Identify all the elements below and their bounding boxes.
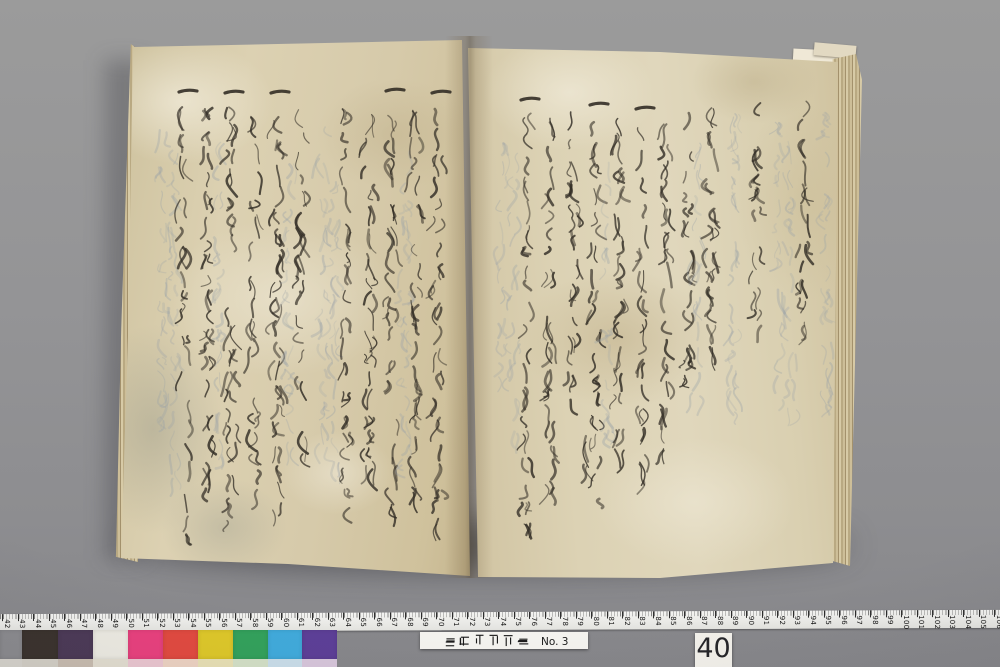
ruler-number: 93 xyxy=(793,616,800,626)
ruler-number: 69 xyxy=(421,617,428,627)
ruler-number: 57 xyxy=(235,618,242,628)
ruler-number: 97 xyxy=(855,615,862,625)
ruler-number: 103 xyxy=(948,615,955,629)
ruler-number: 106 xyxy=(994,615,1000,629)
ruler-number: 71 xyxy=(452,617,459,627)
ruler-number: 48 xyxy=(95,619,102,629)
color-patch-black xyxy=(22,630,58,659)
ruler-number: 84 xyxy=(653,616,660,626)
ruler-number: 89 xyxy=(731,616,738,626)
ruler-number: 83 xyxy=(638,616,645,626)
color-patch-tint-gray xyxy=(0,659,22,667)
ruler-number: 42 xyxy=(2,619,9,629)
ruler-number: 88 xyxy=(715,616,722,626)
ruler-number: 55 xyxy=(204,618,211,628)
ruler-number: 53 xyxy=(173,618,180,628)
ruler-number: 86 xyxy=(684,616,691,626)
ruler-number: 90 xyxy=(746,616,753,626)
ruler-number: 56 xyxy=(219,618,226,628)
ruler-number: 91 xyxy=(762,616,769,626)
left-page xyxy=(118,36,472,582)
right-page-paper xyxy=(460,38,852,584)
ruler-number: 58 xyxy=(250,618,257,628)
color-patch-tint-red xyxy=(163,659,198,667)
ruler-number: 66 xyxy=(374,618,381,628)
color-patch-yellow xyxy=(198,630,233,659)
ruler-number: 104 xyxy=(963,615,970,629)
ruler-number: 105 xyxy=(979,615,986,629)
color-patch-tint-yellow xyxy=(198,659,233,667)
ruler-number: 74 xyxy=(498,617,505,627)
color-patch-tint-dark-purple xyxy=(58,659,93,667)
ruler-number: 65 xyxy=(359,618,366,628)
color-patch-red xyxy=(163,630,198,659)
ruler-number: 64 xyxy=(343,618,350,628)
ruler-number: 47 xyxy=(80,619,87,629)
ruler-number: 70 xyxy=(436,617,443,627)
ruler-number: 79 xyxy=(576,617,583,627)
page-number: 40 xyxy=(695,633,732,665)
ruler-number: 44 xyxy=(33,619,40,629)
ruler-number: 46 xyxy=(64,619,71,629)
color-patch-gray xyxy=(0,630,22,659)
ruler-number: 67 xyxy=(390,617,397,627)
ruler-number: 92 xyxy=(777,616,784,626)
ruler-number: 82 xyxy=(622,616,629,626)
ruler-number: 43 xyxy=(18,619,25,629)
page-number-card: 40 xyxy=(695,633,732,667)
ruler-number: 81 xyxy=(607,617,614,627)
color-patch-tint-cyan xyxy=(268,659,302,667)
ruler-number: 51 xyxy=(142,619,149,629)
ruler-number: 61 xyxy=(297,618,304,628)
color-patch-tint-green xyxy=(233,659,268,667)
ruler-number: 101 xyxy=(917,615,924,629)
ruler-number: 72 xyxy=(467,617,474,627)
ruler-number: 78 xyxy=(560,617,567,627)
color-patch-cyan xyxy=(268,630,302,659)
ruler-number: 59 xyxy=(266,618,273,628)
color-patch-magenta xyxy=(128,630,163,659)
archival-photograph: 4243444546474849505152535455565758596061… xyxy=(0,0,1000,667)
ruler-number: 87 xyxy=(700,616,707,626)
ruler-number: 73 xyxy=(483,617,490,627)
ruler-number: 62 xyxy=(312,618,319,628)
ruler-number: 54 xyxy=(188,618,195,628)
ruler-number: 60 xyxy=(281,618,288,628)
color-patch-green xyxy=(233,630,268,659)
ruler-number: 94 xyxy=(808,616,815,626)
ruler-number: 75 xyxy=(514,617,521,627)
right-page xyxy=(460,38,852,584)
color-patch-tint-purple xyxy=(302,659,337,667)
measuring-tape-ruler: 4243444546474849505152535455565758596061… xyxy=(0,610,1000,632)
ruler-number: 96 xyxy=(839,615,846,625)
left-page-paper xyxy=(118,36,472,582)
ruler-number: 45 xyxy=(49,619,56,629)
ruler-number: 98 xyxy=(870,615,877,625)
ruler-number: 76 xyxy=(529,617,536,627)
ruler-number: 99 xyxy=(886,615,893,625)
ruler-number: 63 xyxy=(328,618,335,628)
ruler-number: 80 xyxy=(591,617,598,627)
color-patch-tint-black xyxy=(22,659,58,667)
color-patch-tint-white xyxy=(93,659,128,667)
ruler-number: 102 xyxy=(932,615,939,629)
color-patch-dark-purple xyxy=(58,630,93,659)
ruler-number: 100 xyxy=(901,615,908,629)
ruler-number: 95 xyxy=(824,616,831,626)
ruler-number: 52 xyxy=(157,618,164,628)
color-patch-tint-magenta xyxy=(128,659,163,667)
ruler-number: 85 xyxy=(669,616,676,626)
title-kanji xyxy=(446,635,529,646)
ruler-number: 77 xyxy=(545,617,552,627)
ruler-number: 50 xyxy=(126,619,133,629)
color-patch-white xyxy=(93,630,128,659)
ruler-number: 49 xyxy=(111,619,118,629)
title-label-card: No. 3 xyxy=(420,632,588,649)
title-suffix: No. 3 xyxy=(541,636,568,648)
color-patch-purple xyxy=(302,630,337,659)
ruler-number: 68 xyxy=(405,617,412,627)
